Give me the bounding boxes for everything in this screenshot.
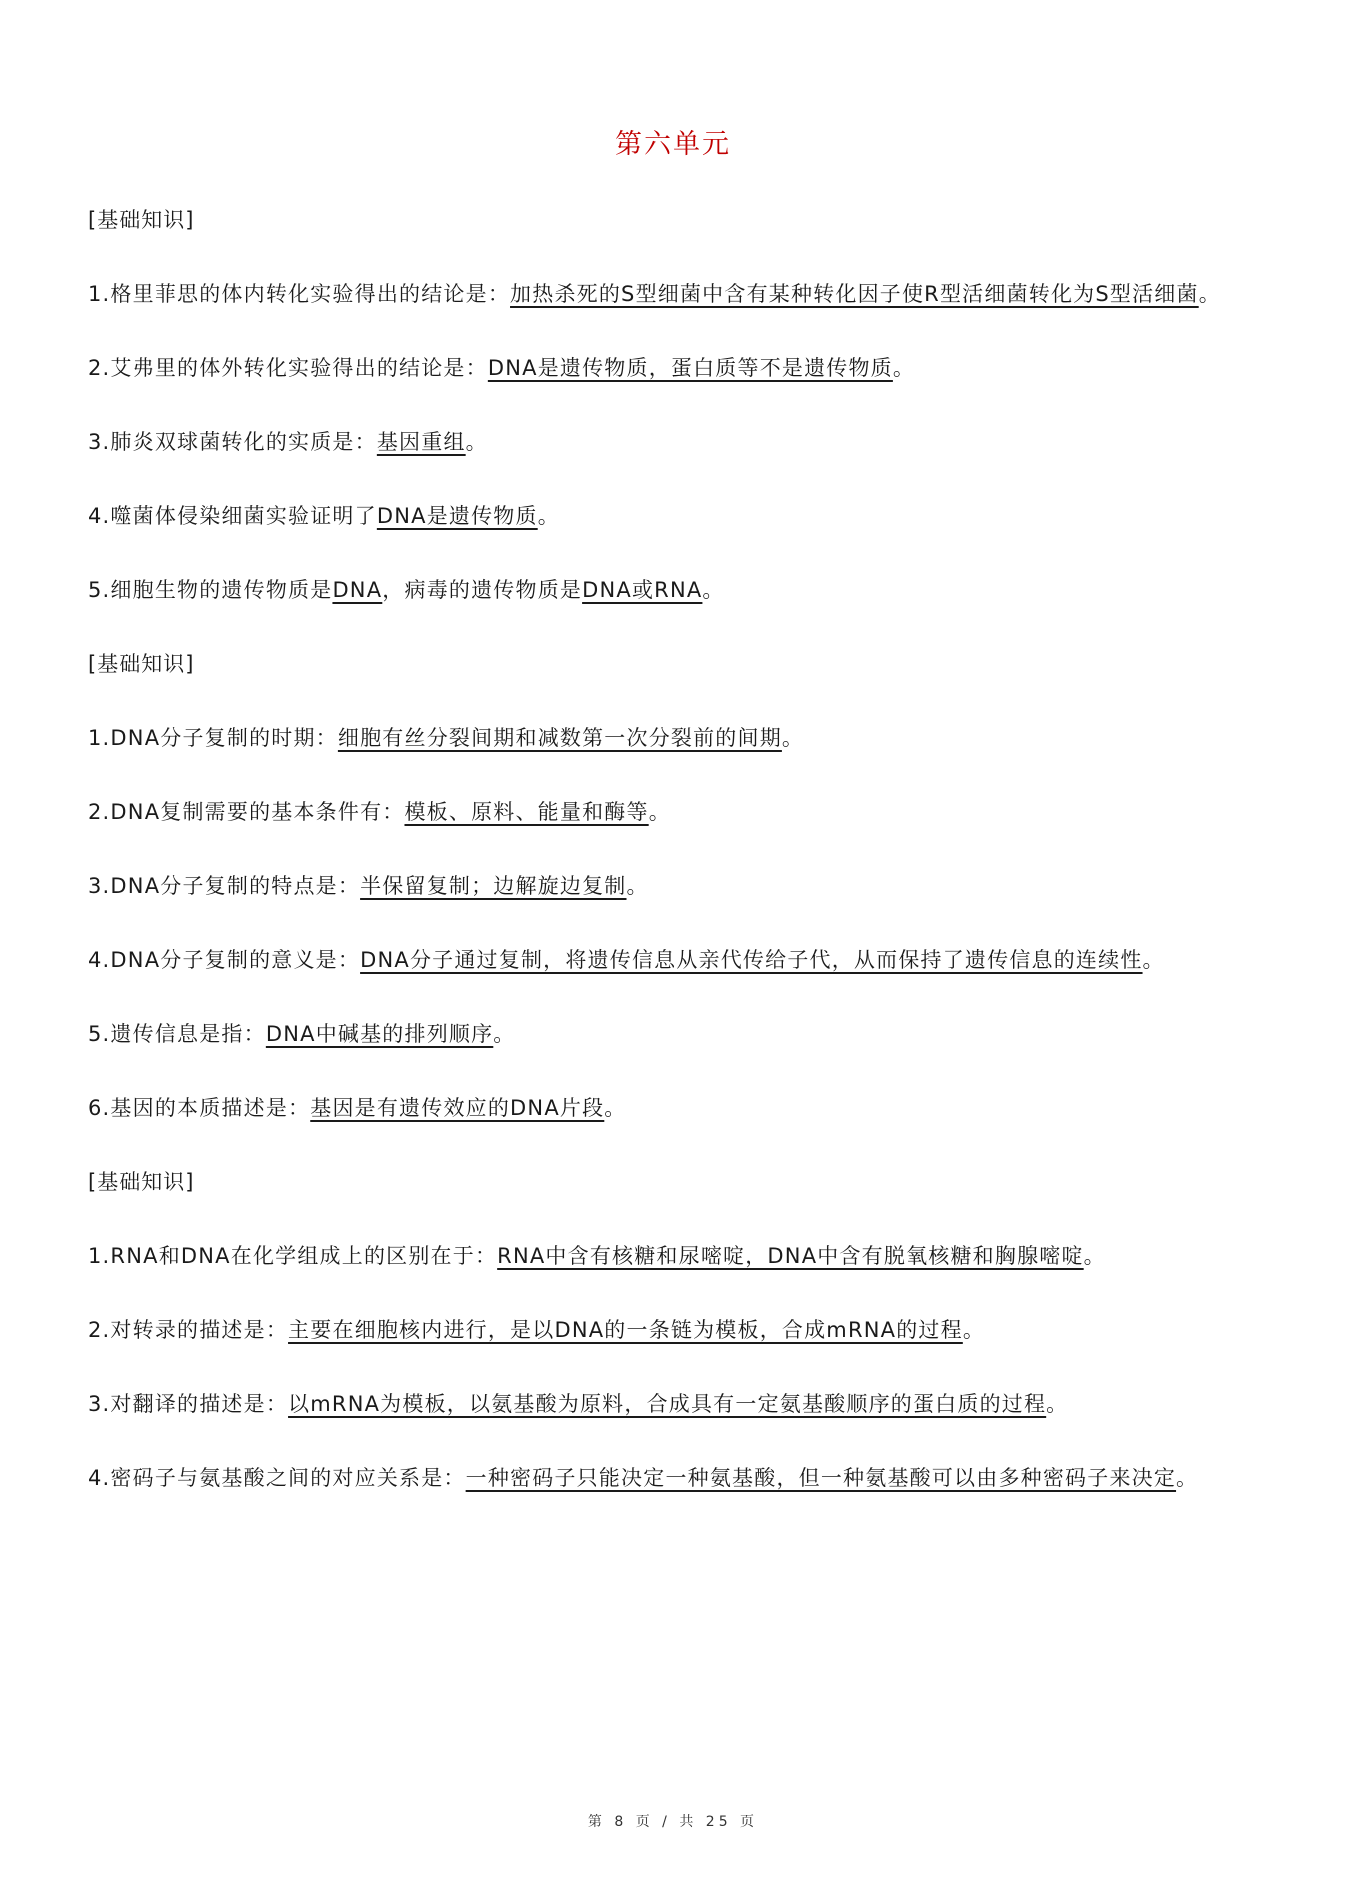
question-item: 3.DNA分子复制的特点是：半保留复制；边解旋边复制。 [88,861,1268,911]
question-item: 4.密码子与氨基酸之间的对应关系是：一种密码子只能决定一种氨基酸，但一种氨基酸可… [88,1453,1268,1503]
question-item: 2.DNA复制需要的基本条件有：模板、原料、能量和酶等。 [88,787,1268,837]
section-header: [基础知识] [88,1157,1268,1207]
page-footer: 第 8 页 / 共 25 页 [0,1811,1346,1831]
question-item: 3.肺炎双球菌转化的实质是：基因重组。 [88,417,1268,467]
question-item: 4.噬菌体侵染细菌实验证明了DNA是遗传物质。 [88,491,1268,541]
question-item: 1.RNA和DNA在化学组成上的区别在于：RNA中含有核糖和尿嘧啶，DNA中含有… [88,1231,1268,1281]
question-item: 1.DNA分子复制的时期：细胞有丝分裂间期和减数第一次分裂前的间期。 [88,713,1268,763]
section-header: [基础知识] [88,195,1268,245]
question-item: 1.格里菲思的体内转化实验得出的结论是：加热杀死的S型细菌中含有某种转化因子使R… [88,269,1268,319]
question-item: 6.基因的本质描述是：基因是有遗传效应的DNA片段。 [88,1083,1268,1133]
question-item: 2.对转录的描述是：主要在细胞核内进行，是以DNA的一条链为模板，合成mRNA的… [88,1305,1268,1355]
section-header: [基础知识] [88,639,1268,689]
question-item: 5.细胞生物的遗传物质是DNA，病毒的遗传物质是DNA或RNA。 [88,565,1268,615]
question-item: 2.艾弗里的体外转化实验得出的结论是：DNA是遗传物质，蛋白质等不是遗传物质。 [88,343,1268,393]
question-item: 5.遗传信息是指：DNA中碱基的排列顺序。 [88,1009,1268,1059]
question-item: 4.DNA分子复制的意义是：DNA分子通过复制，将遗传信息从亲代传给子代，从而保… [88,935,1268,985]
question-item: 3.对翻译的描述是：以mRNA为模板，以氨基酸为原料，合成具有一定氨基酸顺序的蛋… [88,1379,1268,1429]
page-title: 第六单元 [0,122,1346,161]
document-body: [基础知识] 1.格里菲思的体内转化实验得出的结论是：加热杀死的S型细菌中含有某… [88,195,1268,1527]
